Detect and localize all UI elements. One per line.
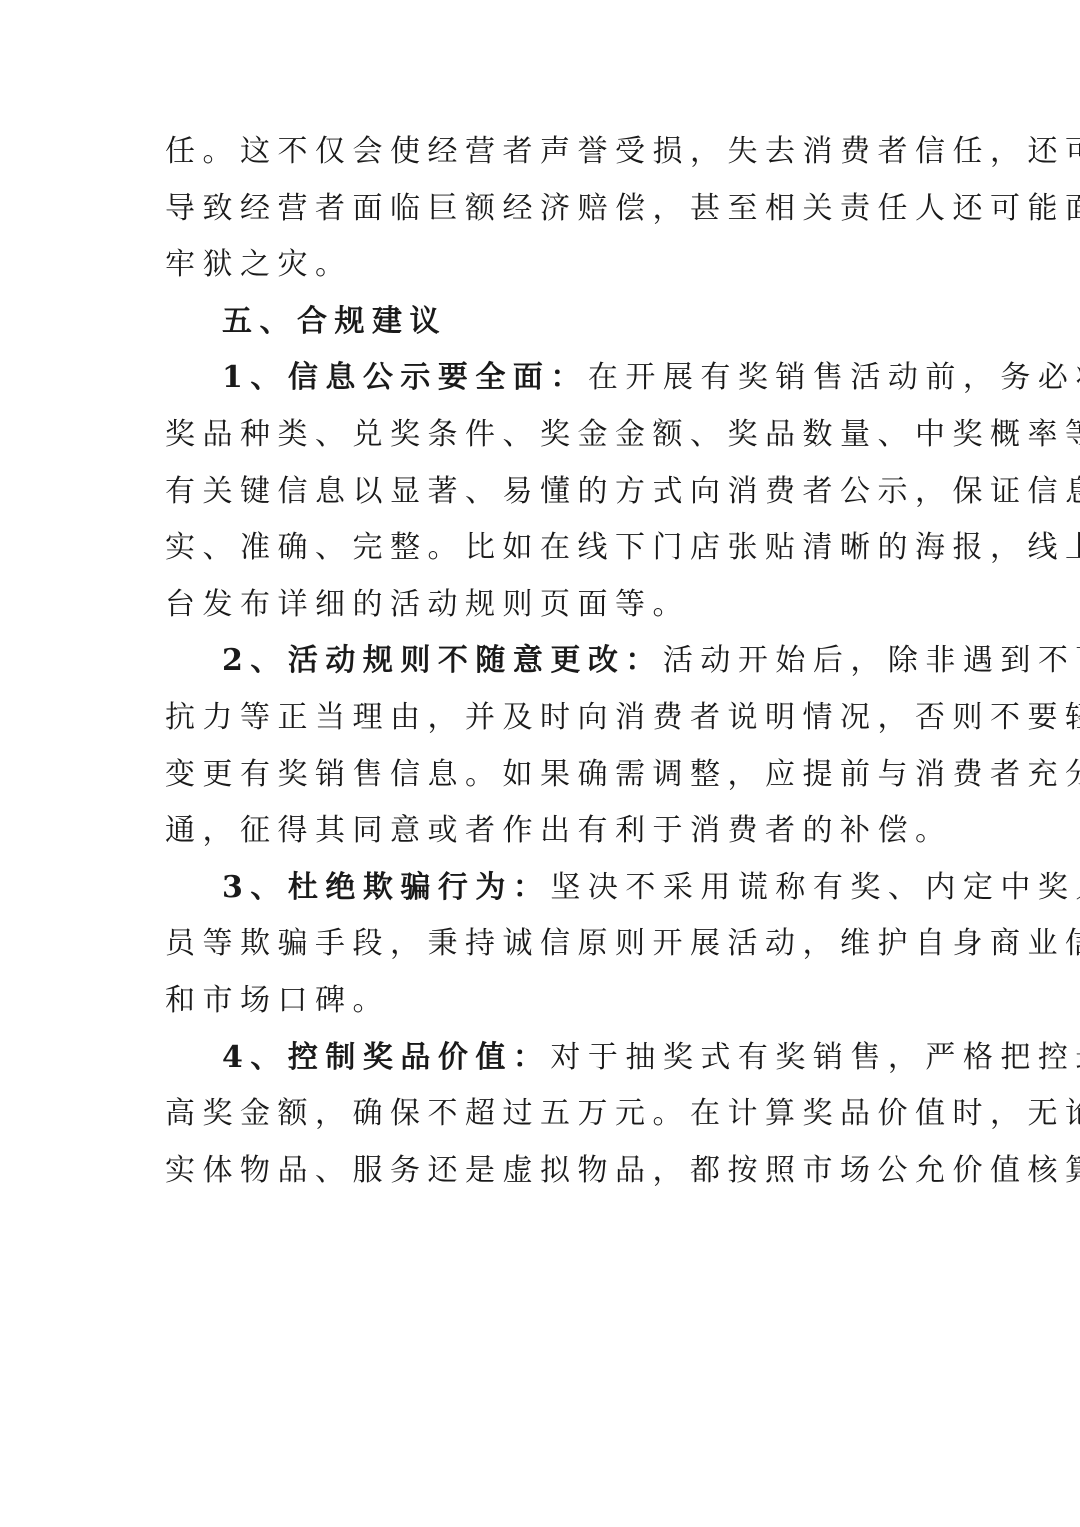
item-number: 2、 <box>222 643 288 678</box>
item-number: 1、 <box>222 360 288 395</box>
list-item-3-first-line: 3、杜绝欺骗行为：坚决不采用谎称有奖、内定中奖人 <box>165 860 917 917</box>
paragraph-line: 和市场口碑。 <box>165 973 917 1030</box>
item-text: 活动开始后，除非遇到不可 <box>663 643 1080 678</box>
paragraph-line: 台发布详细的活动规则页面等。 <box>165 577 917 634</box>
paragraph-line: 通，征得其同意或者作出有利于消费者的补偿。 <box>165 803 917 860</box>
item-title: 杜绝欺骗行为： <box>288 870 551 905</box>
item-number: 4、 <box>222 1040 288 1075</box>
paragraph-line: 实、准确、完整。比如在线下门店张贴清晰的海报，线上平 <box>165 520 917 577</box>
section-heading: 五、合规建议 <box>165 294 917 351</box>
paragraph-line: 有关键信息以显著、易懂的方式向消费者公示，保证信息真 <box>165 464 917 521</box>
paragraph-line: 实体物品、服务还是虚拟物品，都按照市场公允价值核算。 <box>165 1143 917 1200</box>
item-text: 坚决不采用谎称有奖、内定中奖人 <box>550 870 1080 905</box>
list-item-1-first-line: 1、信息公示要全面：在开展有奖销售活动前，务必将 <box>165 350 917 407</box>
item-title: 信息公示要全面： <box>288 360 588 395</box>
paragraph-line: 员等欺骗手段，秉持诚信原则开展活动，维护自身商业信誉 <box>165 916 917 973</box>
item-number: 3、 <box>222 870 288 905</box>
paragraph-line: 牢狱之灾。 <box>165 237 917 294</box>
item-title: 活动规则不随意更改： <box>288 643 663 678</box>
item-title: 控制奖品价值： <box>288 1040 551 1075</box>
paragraph-line: 变更有奖销售信息。如果确需调整，应提前与消费者充分沟 <box>165 747 917 804</box>
paragraph-line: 导致经营者面临巨额经济赔偿，甚至相关责任人还可能面临 <box>165 181 917 238</box>
paragraph-line: 高奖金额，确保不超过五万元。在计算奖品价值时，无论是 <box>165 1086 917 1143</box>
list-item-2-first-line: 2、活动规则不随意更改：活动开始后，除非遇到不可 <box>165 633 917 690</box>
paragraph-line: 抗力等正当理由，并及时向消费者说明情况，否则不要轻易 <box>165 690 917 747</box>
list-item-4-first-line: 4、控制奖品价值：对于抽奖式有奖销售，严格把控最 <box>165 1030 917 1087</box>
paragraph-line: 奖品种类、兑奖条件、奖金金额、奖品数量、中奖概率等所 <box>165 407 917 464</box>
paragraph-line: 任。这不仅会使经营者声誉受损，失去消费者信任，还可能 <box>165 124 917 181</box>
document-page: 任。这不仅会使经营者声誉受损，失去消费者信任，还可能 导致经营者面临巨额经济赔偿… <box>165 124 917 1199</box>
item-text: 对于抽奖式有奖销售，严格把控最 <box>550 1040 1080 1075</box>
item-text: 在开展有奖销售活动前，务必将 <box>588 360 1080 395</box>
